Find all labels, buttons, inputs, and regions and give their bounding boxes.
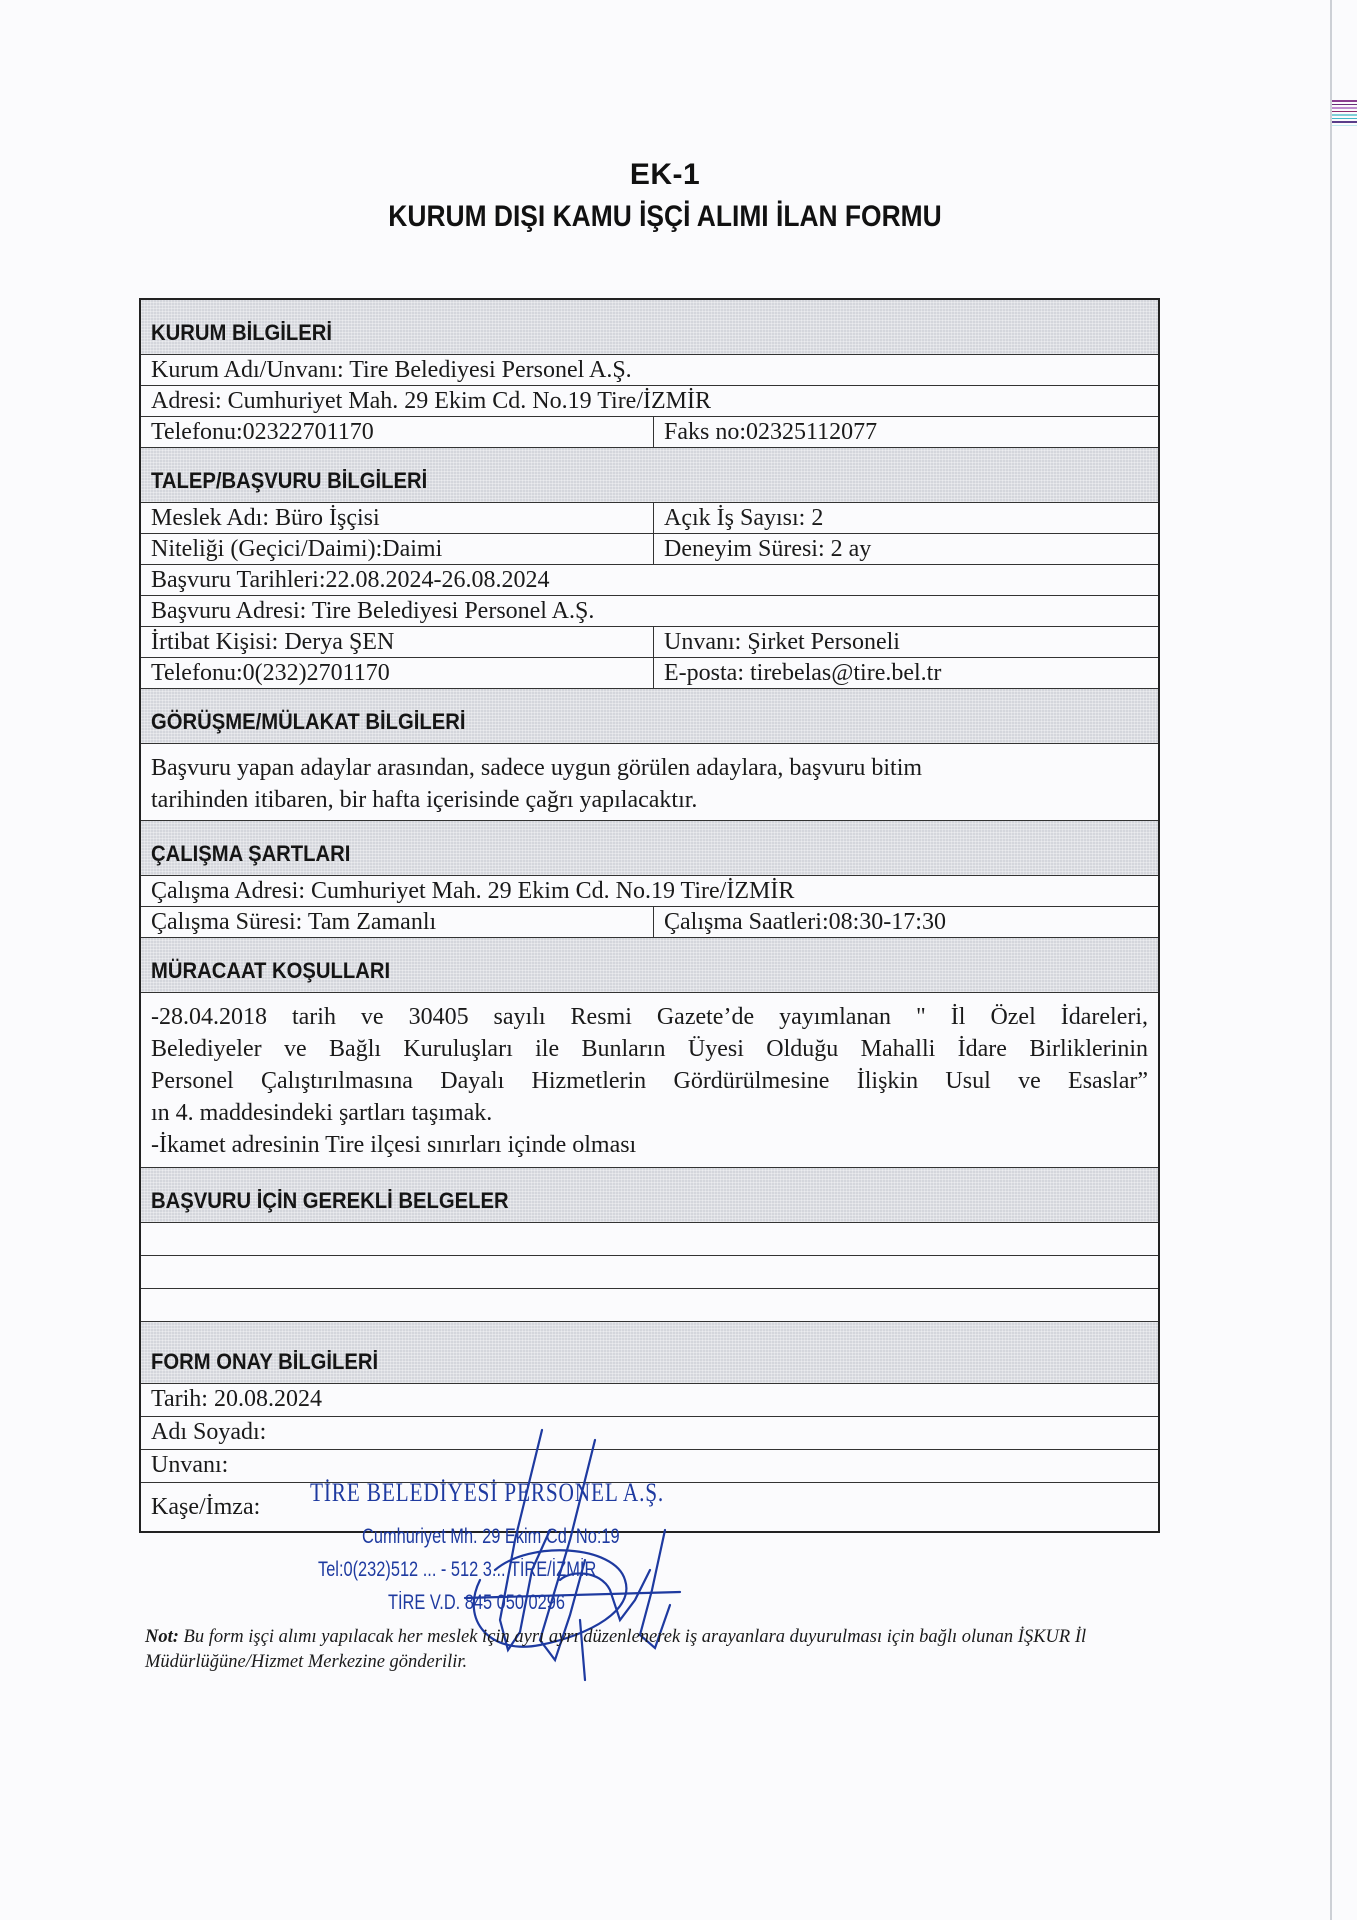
approval-stamp-row: Kaşe/İmza: [141,1483,1158,1531]
work-duration: Çalışma Süresi: Tam Zamanlı [141,907,654,937]
kurum-name: Kurum Adı/Unvanı: Tire Belediyesi Person… [141,355,1158,385]
job-posting-form: KURUM BİLGİLERİ Kurum Adı/Unvanı: Tire B… [139,298,1160,1533]
documents-row-3 [141,1289,1158,1322]
work-address: Çalışma Adresi: Cumhuriyet Mah. 29 Ekim … [141,876,1158,906]
section-kurum-heading: KURUM BİLGİLERİ [141,300,1158,355]
kurum-phone: Telefonu:02322701170 [141,417,654,447]
approval-date-row: Tarih: 20.08.2024 [141,1384,1158,1417]
talep-occupation-row: Meslek Adı: Büro İşçisi Açık İş Sayısı: … [141,503,1158,534]
approval-date: Tarih: 20.08.2024 [141,1384,1158,1416]
kurum-address: Adresi: Cumhuriyet Mah. 29 Ekim Cd. No.1… [141,386,1158,416]
work-address-row: Çalışma Adresi: Cumhuriyet Mah. 29 Ekim … [141,876,1158,907]
approval-name-label: Adı Soyadı: [141,1417,1158,1449]
document-header: EK-1 KURUM DIŞI KAMU İŞÇİ ALIMI İLAN FOR… [0,155,1330,239]
stamp-tax-office: TİRE V.D. 845 050 0296 [388,1591,565,1615]
section-talep-heading: TALEP/BAŞVURU BİLGİLERİ [141,448,1158,503]
talep-nature-row: Niteliği (Geçici/Daimi):Daimi Deneyim Sü… [141,534,1158,565]
talep-apply-address-row: Başvuru Adresi: Tire Belediyesi Personel… [141,596,1158,627]
document-title: KURUM DIŞI KAMU İŞÇİ ALIMI İLAN FORMU [80,195,1250,239]
openings: Açık İş Sayısı: 2 [654,503,1158,533]
approval-stamp-label: Kaşe/İmza: [141,1492,1158,1522]
experience: Deneyim Süresi: 2 ay [654,534,1158,564]
footnote: Not: Bu form işçi alımı yapılacak her me… [145,1625,1180,1675]
occupation: Meslek Adı: Büro İşçisi [141,503,654,533]
work-hours: Çalışma Saatleri:08:30-17:30 [654,907,1158,937]
contact-email: E-posta: tirebelas@tire.bel.tr [654,658,1158,688]
talep-contact2-row: Telefonu:0(232)2701170 E-posta: tirebela… [141,658,1158,689]
annex-label: EK-1 [0,155,1330,195]
application-address: Başvuru Adresi: Tire Belediyesi Personel… [141,596,1158,626]
approval-title-label: Unvanı: [141,1450,1158,1482]
job-nature: Niteliği (Geçici/Daimi):Daimi [141,534,654,564]
scan-color-marks [1332,100,1357,128]
condition-line-5: -İkamet adresinin Tire ilçesi sınırları … [151,1129,1148,1161]
note-text: Bu form işçi alımı yapılacak her meslek … [145,1627,1086,1672]
contact-title: Unvanı: Şirket Personeli [654,627,1158,657]
note-label: Not: [145,1627,179,1647]
talep-dates-row: Başvuru Tarihleri:22.08.2024-26.08.2024 [141,565,1158,596]
section-belgeler-heading: BAŞVURU İÇİN GEREKLİ BELGELER [141,1168,1158,1223]
section-gorusme-heading: GÖRÜŞME/MÜLAKAT BİLGİLERİ [141,689,1158,744]
documents-row-2 [141,1256,1158,1289]
interview-line-1: Başvuru yapan adaylar arasından, sadece … [151,752,1148,784]
interview-info: Başvuru yapan adaylar arasından, sadece … [141,744,1158,821]
condition-line-2: Belediyeler ve Bağlı Kuruluşları ile Bun… [151,1033,1148,1065]
condition-line-1: -28.04.2018 tarih ve 30405 sayılı Resmi … [151,1001,1148,1033]
approval-title-row: Unvanı: [141,1450,1158,1483]
stamp-phone: Tel:0(232)512 ... - 512 3... TİRE/İZMİR [318,1558,596,1582]
condition-line-3: Personel Çalıştırılmasına Dayalı Hizmetl… [151,1065,1148,1097]
section-muracaat-heading: MÜRACAAT KOŞULLARI [141,938,1158,993]
application-dates: Başvuru Tarihleri:22.08.2024-26.08.2024 [141,565,1158,595]
condition-line-4: ın 4. maddesindeki şartları taşımak. [151,1097,1148,1129]
kurum-fax: Faks no:02325112077 [654,417,1158,447]
kurum-name-row: Kurum Adı/Unvanı: Tire Belediyesi Person… [141,355,1158,386]
scan-edge [1330,0,1332,1920]
application-conditions: -28.04.2018 tarih ve 30405 sayılı Resmi … [141,993,1158,1168]
documents-row-1 [141,1223,1158,1256]
work-time-row: Çalışma Süresi: Tam Zamanlı Çalışma Saat… [141,907,1158,938]
interview-line-2: tarihinden itibaren, bir hafta içerisind… [151,784,1148,816]
section-calisma-heading: ÇALIŞMA ŞARTLARI [141,821,1158,876]
contact-phone: Telefonu:0(232)2701170 [141,658,654,688]
approval-name-row: Adı Soyadı: [141,1417,1158,1450]
contact-person: İrtibat Kişisi: Derya ŞEN [141,627,654,657]
section-onay-heading: FORM ONAY BİLGİLERİ [141,1322,1158,1384]
kurum-address-row: Adresi: Cumhuriyet Mah. 29 Ekim Cd. No.1… [141,386,1158,417]
kurum-contact-row: Telefonu:02322701170 Faks no:02325112077 [141,417,1158,448]
talep-contact-row: İrtibat Kişisi: Derya ŞEN Unvanı: Şirket… [141,627,1158,658]
